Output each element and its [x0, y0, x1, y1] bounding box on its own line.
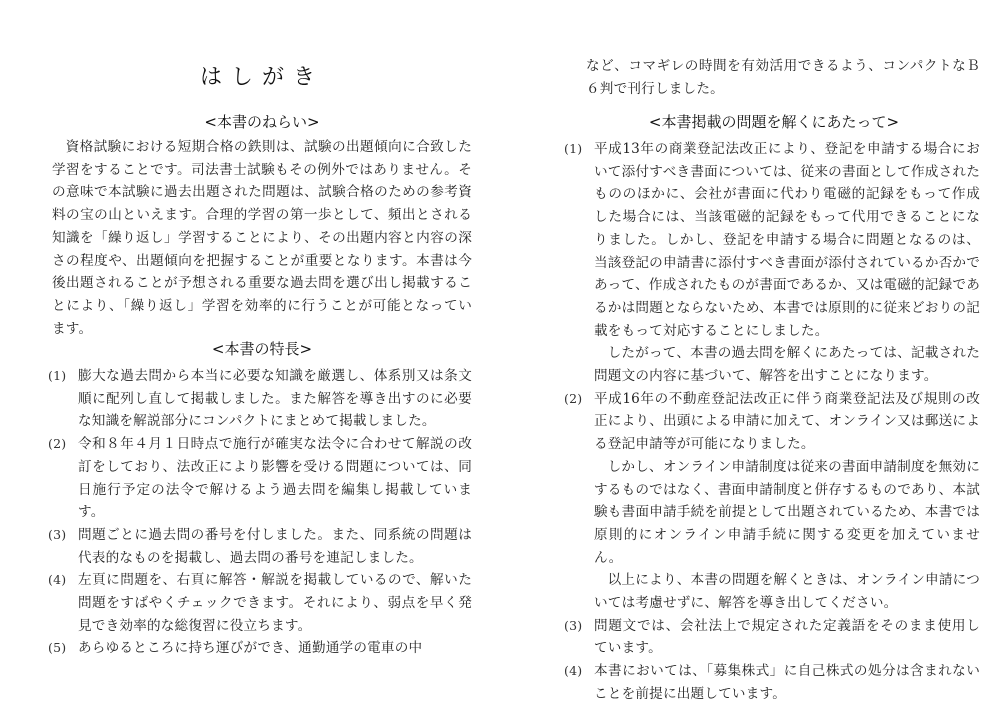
- item-number: (3): [48, 524, 78, 569]
- feature-item: (5) あらゆるところに持ち運びができ、通勤通学の電車の中: [52, 637, 472, 660]
- item-text: あらゆるところに持ち運びができ、通勤通学の電車の中: [78, 637, 472, 660]
- item-number: (1): [564, 138, 594, 342]
- item-text: 平成16年の不動産登記法改正に伴う商業登記法及び規則の改正により、出頭による申請…: [594, 388, 980, 456]
- item-number: (1): [48, 365, 78, 433]
- feature-item: (3) 問題ごとに過去問の番号を付しました。また、同系統の問題は代表的なものを掲…: [52, 524, 472, 569]
- item-text: 膨大な過去問から本当に必要な知識を厳選し、体系別又は条文順に配列し直して掲載しま…: [78, 365, 472, 433]
- left-page: はしがき <本書のねらい> 資格試験における短期合格の鉄則は、試験の出題傾向に合…: [52, 0, 472, 717]
- section-features: <本書の特長> (1) 膨大な過去問から本当に必要な知識を厳選し、体系別又は条文…: [52, 337, 472, 660]
- section-aim: <本書のねらい> 資格試験における短期合格の鉄則は、試験の出題傾向に合致した学習…: [52, 110, 472, 340]
- section-heading-features: <本書の特長>: [52, 337, 472, 361]
- item-subparagraph: しかし、オンライン申請制度は従来の書面申請制度を無効にするものではなく、書面申請…: [568, 456, 980, 570]
- page-title: はしがき: [52, 60, 472, 91]
- item-text: 左頁に問題を、右頁に解答・解説を掲載しているので、解いた問題をすばやくチェックで…: [78, 569, 472, 637]
- item-number: (5): [48, 637, 78, 660]
- item-text: 本書においては、「募集株式」に自己株式の処分は含まれないことを前提に出題していま…: [594, 660, 980, 705]
- continuation-paragraph: など、コマギレの時間を有効活用できるよう、コンパクトなＢ６判で刊行しました。: [568, 55, 980, 100]
- section-heading-solving: <本書掲載の問題を解くにあたって>: [568, 110, 980, 134]
- feature-item: (2) 令和８年４月１日時点で施行が確実な法令に合わせて解説の改訂をしており、法…: [52, 433, 472, 524]
- feature-item: (4) 左頁に問題を、右頁に解答・解説を掲載しているので、解いた問題をすばやくチ…: [52, 569, 472, 637]
- item-subparagraph: 以上により、本書の問題を解くときは、オンライン申請については考慮せずに、解答を導…: [568, 569, 980, 614]
- item-number: (2): [564, 388, 594, 456]
- right-page: など、コマギレの時間を有効活用できるよう、コンパクトなＢ６判で刊行しました。 <…: [568, 0, 980, 717]
- item-text: 平成13年の商業登記法改正により、登記を申請する場合において添付すべき書面につい…: [594, 138, 980, 342]
- solving-item: (1) 平成13年の商業登記法改正により、登記を申請する場合において添付すべき書…: [568, 138, 980, 342]
- solving-item: (4) 本書においては、「募集株式」に自己株式の処分は含まれないことを前提に出題…: [568, 660, 980, 705]
- feature-item: (1) 膨大な過去問から本当に必要な知識を厳選し、体系別又は条文順に配列し直して…: [52, 365, 472, 433]
- item-text: 問題文では、会社法上で規定された定義語をそのまま使用しています。: [594, 615, 980, 660]
- continuation-block: など、コマギレの時間を有効活用できるよう、コンパクトなＢ６判で刊行しました。: [568, 55, 980, 100]
- item-number: (2): [48, 433, 78, 524]
- section-heading-aim: <本書のねらい>: [52, 110, 472, 134]
- item-number: (4): [48, 569, 78, 637]
- section-solving: <本書掲載の問題を解くにあたって> (1) 平成13年の商業登記法改正により、登…: [568, 110, 980, 706]
- item-text: 令和８年４月１日時点で施行が確実な法令に合わせて解説の改訂をしており、法改正によ…: [78, 433, 472, 524]
- solving-item: (3) 問題文では、会社法上で規定された定義語をそのまま使用しています。: [568, 615, 980, 660]
- aim-paragraph: 資格試験における短期合格の鉄則は、試験の出題傾向に合致した学習をすることです。司…: [52, 136, 472, 340]
- item-subparagraph: したがって、本書の過去問を解くにあたっては、記載された問題文の内容に基づいて、解…: [568, 342, 980, 387]
- item-number: (4): [564, 660, 594, 705]
- item-text: 問題ごとに過去問の番号を付しました。また、同系統の問題は代表的なものを掲載し、過…: [78, 524, 472, 569]
- item-number: (3): [564, 615, 594, 660]
- solving-item: (2) 平成16年の不動産登記法改正に伴う商業登記法及び規則の改正により、出頭に…: [568, 388, 980, 456]
